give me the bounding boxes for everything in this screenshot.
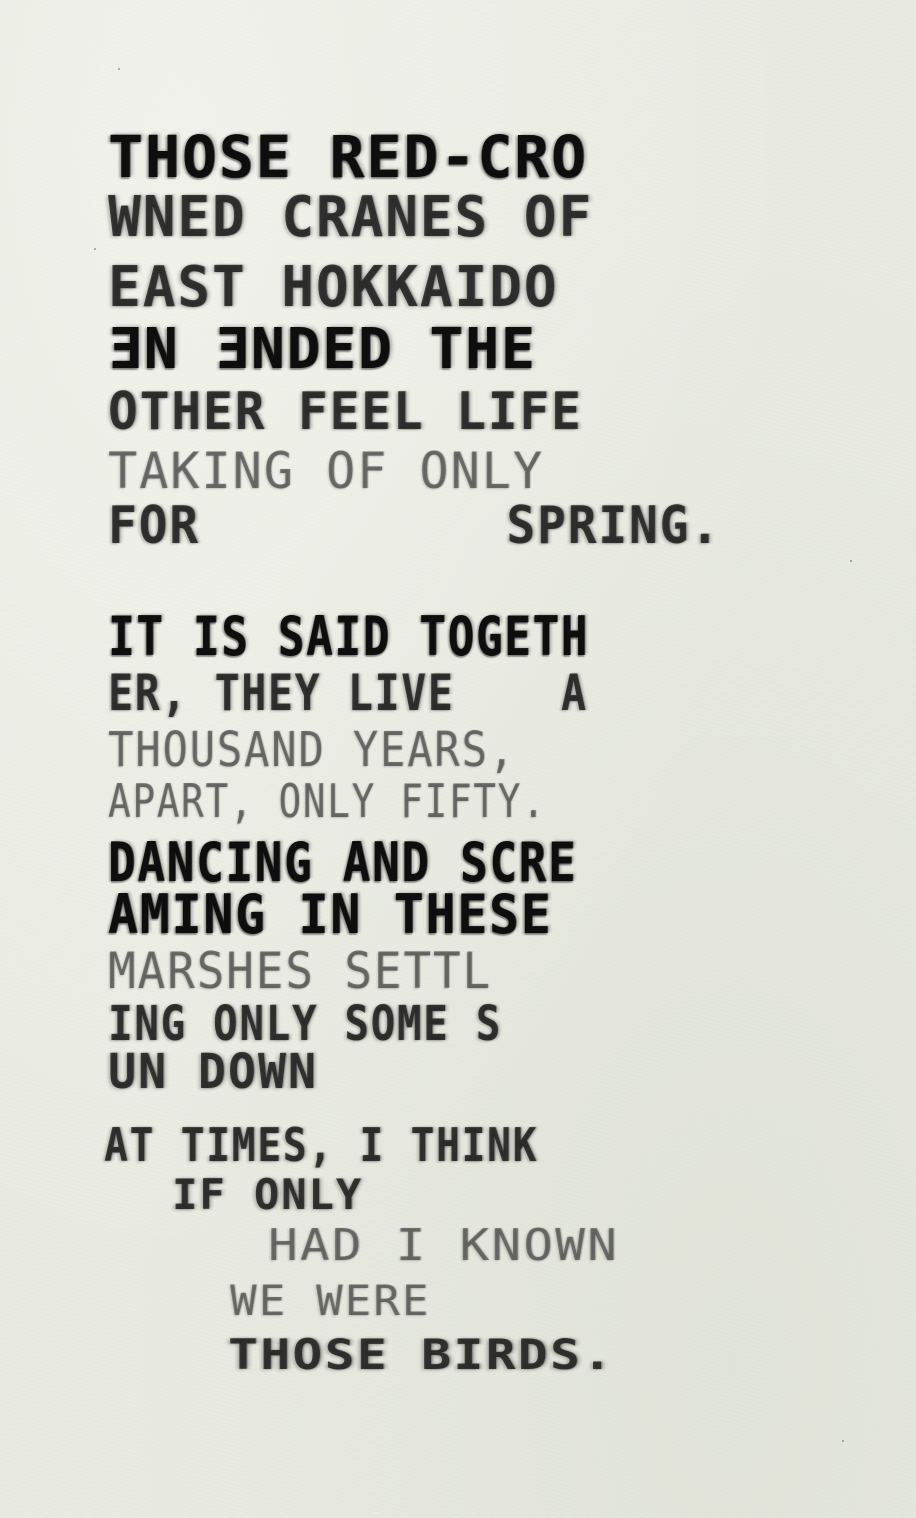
text-line: AMING IN THESE xyxy=(108,888,553,942)
text-line: EAST HOKKAIDO xyxy=(108,260,558,316)
text-line: UN DOWN xyxy=(108,1048,318,1096)
text-line: ING ONLY SOME S xyxy=(108,1000,502,1048)
paper-speck xyxy=(94,248,96,250)
text-line: FOR SPRING. xyxy=(108,500,721,552)
text-line: AT TIMES, I THINK xyxy=(104,1122,538,1168)
text-line: WNED CRANES OF xyxy=(108,190,593,246)
text-line: OTHER FEEL LIFE xyxy=(108,386,583,438)
text-line: HAD I KNOWN xyxy=(268,1224,619,1268)
text-line: THOSE BIRDS. xyxy=(228,1334,614,1376)
text-line: ER, THEY LIVE A xyxy=(108,668,588,718)
text-line: APART, ONLY FIFTY. xyxy=(108,778,546,824)
text-line: ƎN ƎNDED THE xyxy=(108,322,537,378)
text-line: THOSE RED-CRO xyxy=(108,128,588,186)
paper-speck xyxy=(842,1440,844,1442)
text-line: WE WERE xyxy=(230,1280,431,1322)
text-line: THOUSAND YEARS, xyxy=(108,726,516,774)
text-line: IF ONLY xyxy=(172,1174,363,1216)
text-line: IT IS SAID TOGETH xyxy=(108,610,589,664)
text-line: MARSHES SETTL xyxy=(108,946,492,996)
text-line: TAKING OF ONLY xyxy=(108,446,544,496)
paper-speck xyxy=(118,68,120,70)
text-line: DANCING AND SCRE xyxy=(108,836,577,890)
paper-speck xyxy=(850,560,852,562)
ink-artwork: THOSE RED-CRO WNED CRANES OF EAST HOKKAI… xyxy=(0,0,916,1518)
